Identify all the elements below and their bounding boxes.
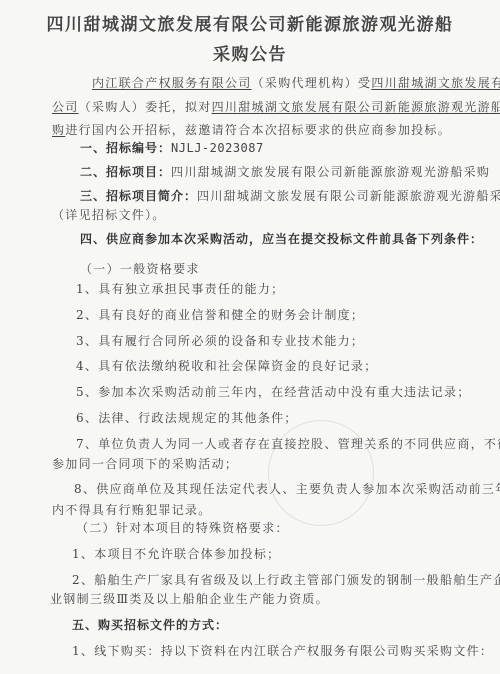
section-5-item-1: 1、线下购买：持以下资料在内江联合产权服务有限公司购买采购文件： [72,642,493,659]
purchaser-name: 四川甜城湖文旅发展有限 [371,76,500,90]
general-item-4: 4、具有依法缴纳税收和社会保障资金的良好记录； [76,357,378,374]
general-item-7: 7、单位负责人为同一人或者存在直接控股、管理关系的不同供应商，不得 [76,435,500,452]
section-1: 一、招标编号：NJLJ-2023087 [80,139,264,156]
general-item-8-cont: 内不得具有行贿犯罪记录。 [52,501,212,518]
section-5-heading: 五、购买招标文件的方式： [72,616,228,633]
general-item-7-cont: 参加同一合同项下的采购活动； [52,455,238,472]
project-name: 四川甜城湖文旅发展有限公司新能源旅游观光游船采 [212,100,500,114]
agency-name: 内江联合产权服务有限公司 [92,76,252,90]
document-page: 四川甜城湖文旅发展有限公司新能源旅游观光游船 采购公告 内江联合产权服务有限公司… [0,0,500,674]
general-item-3: 3、具有履行合同所必须的设备和专业技术能力； [76,332,364,349]
section-3: 三、招标项目简介：四川甜城湖文旅发展有限公司新能源旅游观光游船采购 [80,187,500,204]
section-4-heading: 四、供应商参加本次采购活动，应当在提交投标文件前具备下列条件： [80,230,483,247]
general-item-6: 6、法律、行政法规规定的其他条件； [76,409,298,426]
special-item-1: 1、本项目不允许联合体参加投标； [72,545,280,562]
intro-line-3: 购进行国内公开招标，兹邀请符合本次招标要求的供应商参加投标。 [52,121,451,138]
intro-line-2: 公司（采购人）委托，拟对四川甜城湖文旅发展有限公司新能源旅游观光游船采 [52,98,500,115]
special-item-2-cont: 业钢制三级Ⅲ类及以上船舶企业生产能力资质。 [50,590,329,607]
special-requirements-heading: （二）针对本项目的特殊资格要求： [76,519,289,536]
section-3-cont: （详见招标文件）。 [52,206,166,223]
document-title-line2: 采购公告 [0,40,500,65]
general-item-2: 2、具有良好的商业信誉和健全的财务会计制度； [76,306,364,323]
section-2: 二、招标项目：四川甜城湖文旅发展有限公司新能源旅游观光游船采购 [80,163,490,180]
intro-line-1: 内江联合产权服务有限公司（采购代理机构）受四川甜城湖文旅发展有限 [92,74,500,91]
general-requirements-heading: （一）一般资格要求 [80,260,200,277]
tender-number: NJLJ-2023087 [171,141,264,155]
general-item-5: 5、参加本次采购活动前三年内，在经营活动中没有重大违法记录； [76,383,471,400]
general-item-1: 1、具有独立承担民事责任的能力； [76,280,284,297]
special-item-2: 2、船舶生产厂家具有省级及以上行政主管部门颁发的钢制一般船舶生产企 [72,571,500,588]
general-item-8: 8、供应商单位及其现任法定代表人、主要负责人参加本次采购活动前三年 [74,480,500,497]
document-title-line1: 四川甜城湖文旅发展有限公司新能源旅游观光游船 [0,10,500,35]
